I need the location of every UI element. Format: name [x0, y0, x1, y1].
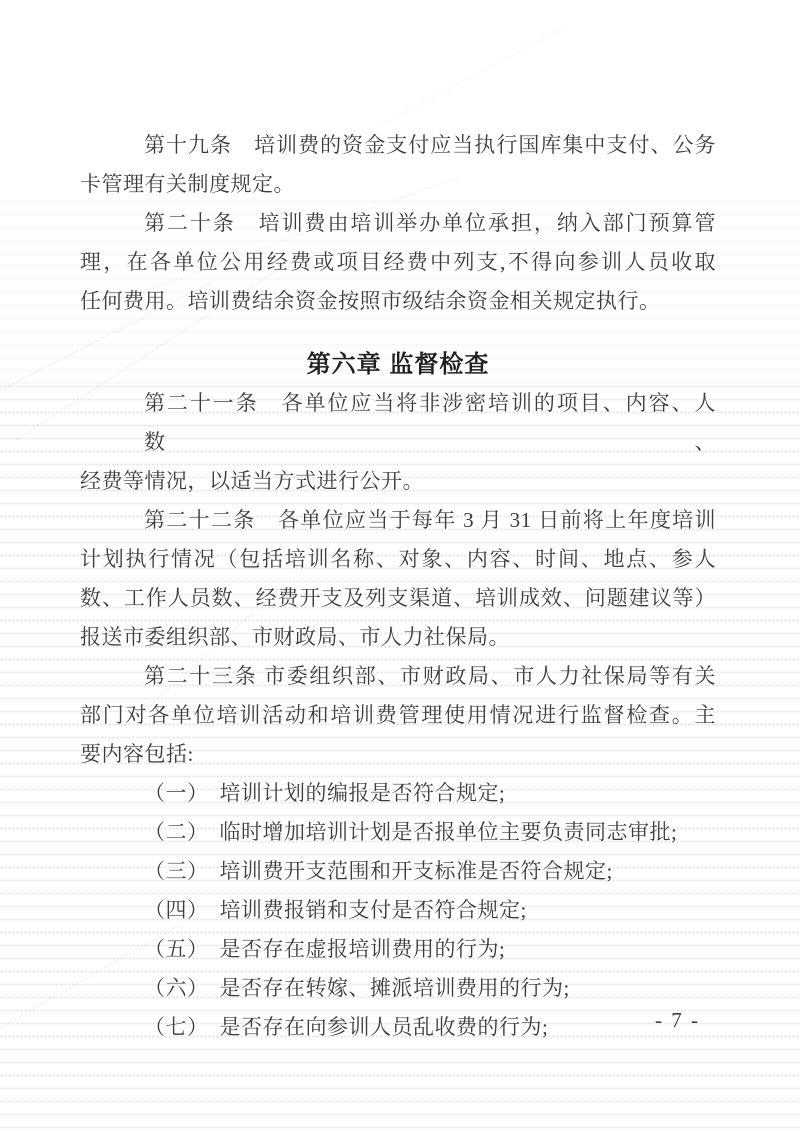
inspection-item-1: （一） 培训计划的编报是否符合规定; [80, 774, 716, 813]
inspection-items-list: （一） 培训计划的编报是否符合规定; （二） 临时增加培训计划是否报单位主要负责… [80, 774, 716, 1047]
chapter-heading: 第六章 监督检查 [80, 345, 716, 384]
text-line: 第二十二条 各单位应当于每年 3 月 31 日前将上年度培训 [80, 501, 716, 540]
text-line: 第二十三条 市委组织部、市财政局、市人力社保局等有关 [80, 657, 716, 696]
document-body: 第十九条 培训费的资金支付应当执行国库集中支付、公务 卡管理有关制度规定。 第二… [80, 126, 716, 1047]
text-line: 第十九条 培训费的资金支付应当执行国库集中支付、公务 [80, 126, 716, 165]
text-line: 任何费用。培训费结余资金按照市级结余资金相关规定执行。 [80, 282, 716, 321]
article-19-paragraph: 第十九条 培训费的资金支付应当执行国库集中支付、公务 卡管理有关制度规定。 [80, 126, 716, 204]
text-line: 数、工作人员数、经费开支及列支渠道、培训成效、问题建议等） [80, 579, 716, 618]
inspection-item-6: （六） 是否存在转嫁、摊派培训费用的行为; [80, 969, 716, 1008]
inspection-item-4: （四） 培训费报销和支付是否符合规定; [80, 891, 716, 930]
text-line: 理，在各单位公用经费或项目经费中列支,不得向参训人员收取 [80, 243, 716, 282]
inspection-item-7: （七） 是否存在向参训人员乱收费的行为; [80, 1008, 716, 1047]
article-21-paragraph: 第二十一条 各单位应当将非涉密培训的项目、内容、人数、 经费等情况，以适当方式进… [80, 384, 716, 501]
article-22-paragraph: 第二十二条 各单位应当于每年 3 月 31 日前将上年度培训 计划执行情况（包括… [80, 501, 716, 657]
text-line: 卡管理有关制度规定。 [80, 165, 716, 204]
article-23-paragraph: 第二十三条 市委组织部、市财政局、市人力社保局等有关 部门对各单位培训活动和培训… [80, 657, 716, 774]
text-line: 经费等情况，以适当方式进行公开。 [80, 462, 716, 501]
scanned-document-page: 第十九条 培训费的资金支付应当执行国库集中支付、公务 卡管理有关制度规定。 第二… [0, 0, 800, 1131]
scan-artifact-diagonal-line [380, 26, 566, 125]
text-line: 计划执行情况（包括培训名称、对象、内容、时间、地点、参人 [80, 540, 716, 579]
text-line: 报送市委组织部、市财政局、市人力社保局。 [80, 618, 716, 657]
text-line: 部门对各单位培训活动和培训费管理使用情况进行监督检查。主 [80, 696, 716, 735]
text-line: 第二十条 培训费由培训举办单位承担，纳入部门预算管 [80, 204, 716, 243]
inspection-item-3: （三） 培训费开支范围和开支标准是否符合规定; [80, 852, 716, 891]
article-20-paragraph: 第二十条 培训费由培训举办单位承担，纳入部门预算管 理，在各单位公用经费或项目经… [80, 204, 716, 321]
page-number: - 7 - [655, 1008, 700, 1033]
inspection-item-5: （五） 是否存在虚报培训费用的行为; [80, 930, 716, 969]
text-line: 要内容包括: [80, 735, 716, 774]
text-line: 第二十一条 各单位应当将非涉密培训的项目、内容、人数、 [80, 384, 716, 462]
inspection-item-2: （二） 临时增加培训计划是否报单位主要负责同志审批; [80, 813, 716, 852]
